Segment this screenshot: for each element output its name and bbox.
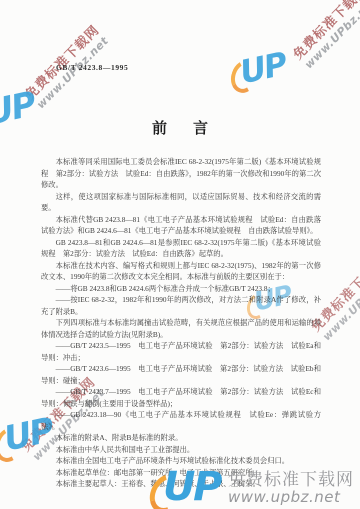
paragraph: ——GB 2423.18—90《电工电子产品基本环境试验规程 试验Ee：弹跳试验… <box>41 409 321 432</box>
document-page: 免费标准下载网 www.UPbz.net UP 免费标准下载网 www.UPbz… <box>0 0 360 509</box>
paragraph: 下列四项标准与本标准均属撞击试验范畴，有关规范应根据产品的使用和运输的具体情况选… <box>41 317 321 340</box>
paragraph: 本标准代替GB 2423.8—81《电工电子产品基本环境试验规程 试验Ed：自由… <box>41 214 321 237</box>
paragraph: ——按IEC 68-2-32，1982年和1990年的两次修改，对方法二和附录A… <box>41 294 321 317</box>
paragraph: ——GB/T 2423.6—1995 电工电子产品环境试验 第2部分：试验方法 … <box>41 363 321 386</box>
paragraph: 本标准主要起草人：王裕春、魏惠、何锦康、于占泉、王树荣。 <box>41 478 321 490</box>
paragraph: ——将GB 2423.8和GB 2424.6两个标准合并成一个标准GB/T 24… <box>41 283 321 295</box>
document-body: 本标准等同采用国际电工委员会标准IEC 68-2-32(1975年第二版)《基本… <box>41 156 321 490</box>
paragraph: ——GB/T 2423.5—1995 电工电子产品环境试验 第2部分：试验方法 … <box>41 340 321 363</box>
paragraph: 本标准由中华人民共和国电子工业部提出。 <box>41 444 321 456</box>
paragraph: 本标准由全国电工电子产品环境条件与环境试验标准化技术委员会归口。 <box>41 455 321 467</box>
watermark-site-url: www.UPbz.net <box>289 0 360 84</box>
standard-number: GB/T 2423.8—1995 <box>56 63 128 72</box>
paragraph: 本标准在技术内容、编写格式和规则上都与IEC 68-2-32(1975)、198… <box>41 260 321 283</box>
paragraph: GB 2423.8—81和GB 2424.6—81是参照IEC 68-2-32(… <box>41 237 321 260</box>
up-logo: UP <box>237 48 288 89</box>
watermark-site-url: www.UPbz.net <box>21 21 124 124</box>
watermark-site-name: 免费标准下载网 <box>276 0 360 75</box>
page-title: 前言 <box>0 117 360 138</box>
paragraph: 本标准起草单位：邮电部第一研究所、电子工业部第五研究所。 <box>41 467 321 479</box>
watermark-stamp-top-right: 免费标准下载网 www.UPbz.net <box>276 0 360 84</box>
paragraph: 本标准等同采用国际电工委员会标准IEC 68-2-32(1975年第二版)《基本… <box>41 156 321 191</box>
watermark-site-url: www.upbz.net <box>228 490 354 505</box>
paragraph: 这样，使这项国家标准与国际标准相同，以适应国际贸易、技术和经济交流的需要。 <box>41 191 321 214</box>
paragraph: ——GB/T 2423.7—1995 电工电子产品环境试验 第2部分：试验方法 … <box>41 386 321 409</box>
paragraph: 本标准的附录A、附录B是标准的附录。 <box>41 432 321 444</box>
